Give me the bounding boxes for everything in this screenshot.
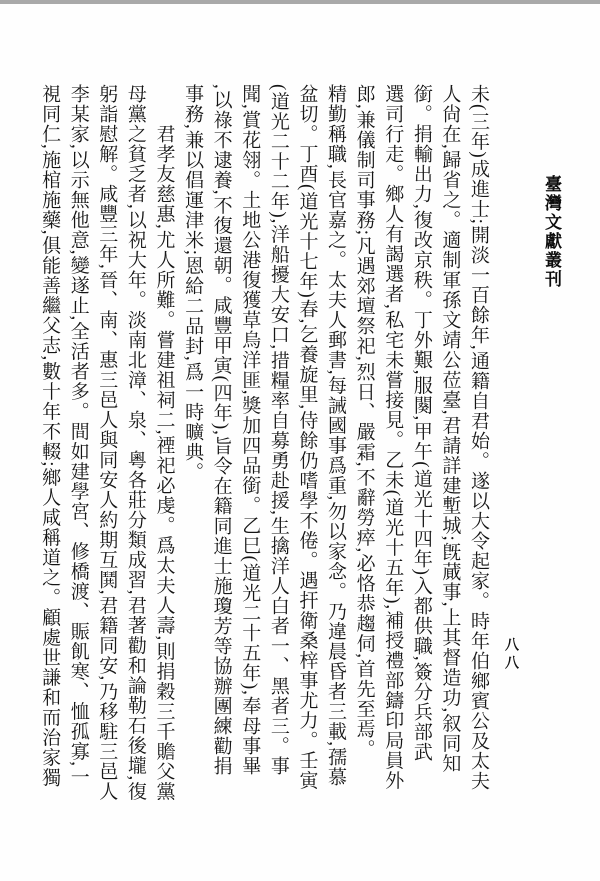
text-column-1: 未(三年)成進士;開淡一百餘年,通籍自君始。遂以大令起家。時年伯鄉賓公及太夫 (463, 84, 492, 846)
text-column-7: 盆切。丁酉(道光十七年)春,乞養旋里,侍餘仍嗜學不倦。遇扞衛桑梓事尤力。壬寅 (292, 84, 321, 846)
text-column-6: 精勤稱職,長官嘉之。太夫人郵書,每誡國事爲重,勿以家念。乃違晨昏者三載,孺慕 (320, 84, 349, 846)
text-column-11: 事務,兼以倡運津米;恩給二品封,爲一時曠典。 (177, 84, 206, 846)
text-column-3: 銜。捐輸出力,復改京秩。丁外艱,服闋,甲午(道光十四年)入都供職,簽分兵部武 (406, 84, 435, 846)
text-column-16: 視同仁,施棺施藥,俱能善繼父志,數十年不輟;鄉人咸稱道之。顧處世謙和而治家獨 (35, 84, 64, 846)
series-masthead: 臺灣文獻叢刊 (539, 175, 564, 289)
text-column-15: 李某家,以示無他意,變遂止,全活者多。間如建學宮、修橋渡、賑飢寒、恤孤寡,一 (63, 84, 92, 846)
text-column-13: 母黨之貧乏者,以祝大年。淡南北漳、泉、粵各莊分類成習,君著勸和論勒石後壠,復 (120, 84, 149, 846)
scan-edge-line (0, 0, 600, 4)
text-column-12: 君孝友慈惠,尤人所難。嘗建祖祠二,禋祀必虔。爲太夫人壽,則捐穀三千贍父黨 (149, 84, 178, 846)
text-column-14: 躬詣慰解。咸豐三年,晉、南、惠三邑人與同安人約期互鬨,君籍同安,乃移駐三邑人 (92, 84, 121, 846)
text-column-9: 聞,賞花翎。土地公港復獲草烏洋匪,獎加四品銜。乙巳(道光二十五年),奉母事畢 (235, 84, 264, 846)
scanned-book-page: 臺灣文獻叢刊 八八 未(三年)成進士;開淡一百餘年,通籍自君始。遂以大令起家。時… (0, 0, 600, 881)
text-column-10: ,以祿不逮養,不復還朝。咸豐甲寅(四年),旨令在籍同進士施瓊芳等協辦團練勸捐 (206, 84, 235, 846)
text-column-4: 選司行走。鄉人有謁選者,私宅未嘗接見。乙未(道光十五年),補授禮部鑄印局員外 (378, 84, 407, 846)
page-number: 八八 (500, 637, 520, 673)
text-column-8: (道光二十二年),洋船擾大安口,措糧率自募勇赴援,生擒洋人白者一、黑者三。事 (263, 84, 292, 846)
text-column-2: 人尙在,歸省之。適制軍孫文靖公莅臺,君請詳建塹城;旣蕆事,上其督造功,叙同知 (435, 84, 464, 846)
text-column-5: 郎,兼儀制司事務;凡遇郊壇祭祀,烈日、嚴霜,不辭勞瘁,必恪恭趨伺,首先至焉。 (349, 84, 378, 846)
body-text-block: 未(三年)成進士;開淡一百餘年,通籍自君始。遂以大令起家。時年伯鄉賓公及太夫 人… (35, 84, 493, 848)
